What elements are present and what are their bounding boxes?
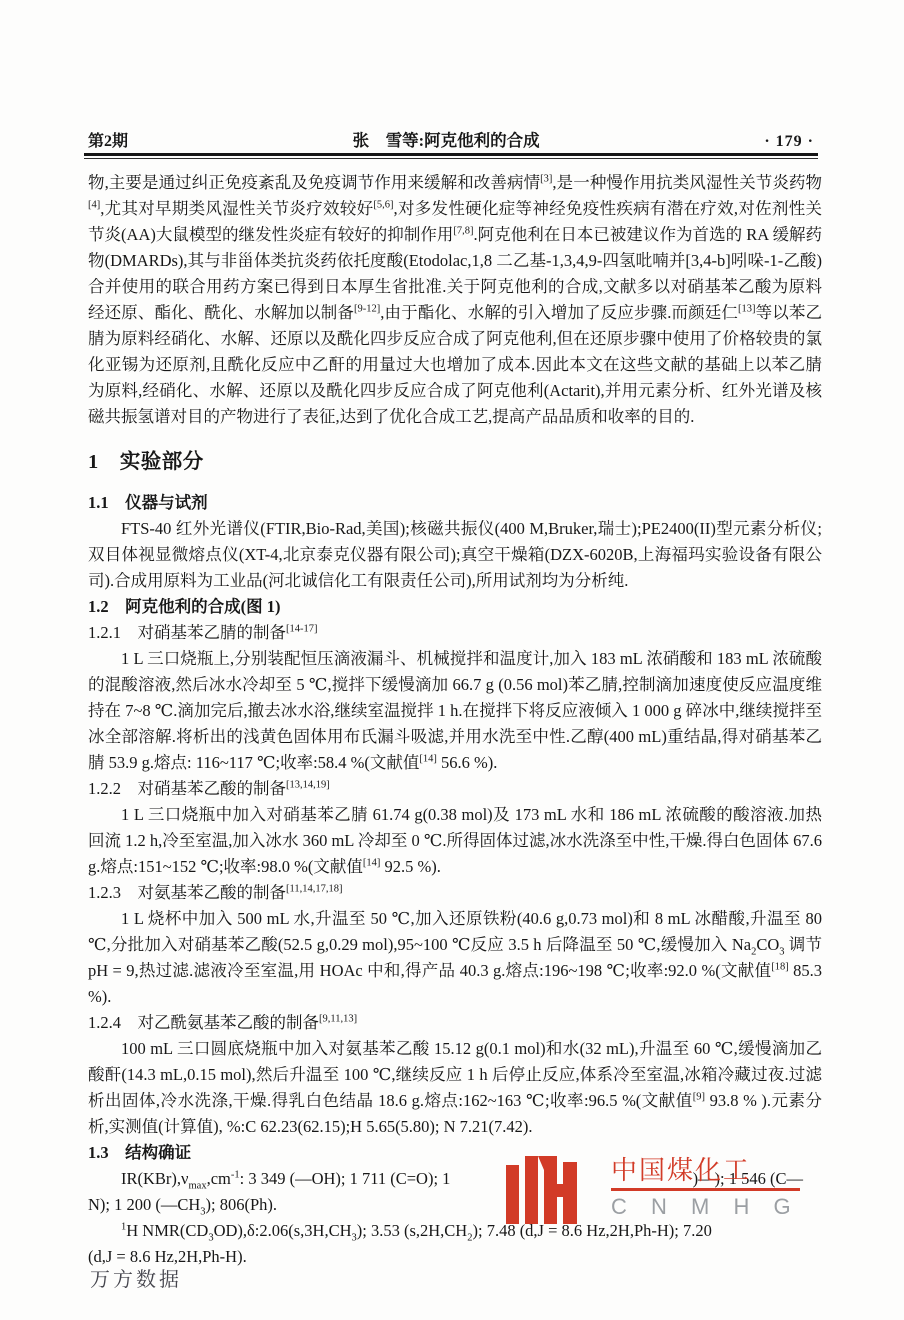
section-1-2-1-paragraph: 1 L 三口烧瓶上,分别装配恒压滴液漏斗、机械搅拌和温度计,加入 183 mL … bbox=[88, 646, 822, 776]
section-1-2-4-paragraph: 100 mL 三口圆底烧瓶中加入对氨基苯乙酸 15.12 g(0.1 mol)和… bbox=[88, 1036, 822, 1140]
section-1-2-heading: 1.2 阿克他利的合成(图 1) bbox=[88, 594, 822, 620]
section-1-heading: 1 实验部分 bbox=[88, 447, 822, 477]
intro-paragraph: 物,主要是通过纠正免疫紊乱及免疫调节作用来缓解和改善病情[3],是一种慢作用抗类… bbox=[88, 170, 822, 430]
section-1-3-heading: 1.3 结构确证 bbox=[88, 1140, 822, 1166]
journal-issue: 第2期 bbox=[88, 128, 128, 151]
section-1-2-1-heading: 1.2.1 对硝基苯乙腈的制备[14-17] bbox=[88, 620, 822, 646]
section-1-1-heading: 1.1 仪器与试剂 bbox=[88, 490, 822, 516]
ir-spectrum-paragraph: IR(KBr),νmax,cm-1: 3 349 (—OH); 1 711 (C… bbox=[88, 1166, 822, 1218]
nmr-spectrum-paragraph: 1H NMR(CD3OD),δ:2.06(s,3H,CH3); 3.53 (s,… bbox=[88, 1218, 822, 1270]
section-1-2-3-paragraph: 1 L 烧杯中加入 500 mL 水,升温至 50 ℃,加入还原铁粉(40.6 … bbox=[88, 906, 822, 1010]
section-1-2-2-paragraph: 1 L 三口烧瓶中加入对硝基苯乙腈 61.74 g(0.38 mol)及 173… bbox=[88, 802, 822, 880]
section-1-2-4-heading: 1.2.4 对乙酰氨基苯乙酸的制备[9,11,13] bbox=[88, 1010, 822, 1036]
page-number: · 179 · bbox=[764, 133, 814, 151]
watermark-gap bbox=[455, 1183, 693, 1184]
section-1-1-paragraph: FTS-40 红外光谱仪(FTIR,Bio-Rad,美国);核磁共振仪(400 … bbox=[88, 516, 822, 594]
page-header: 第2期 张 雪等:阿克他利的合成 · 179 · bbox=[88, 127, 814, 151]
running-title: 张 雪等:阿克他利的合成 bbox=[353, 127, 540, 151]
header-rule bbox=[84, 153, 818, 159]
wanfang-data-watermark: 万方数据 bbox=[90, 1263, 182, 1292]
paper-page: 第2期 张 雪等:阿克他利的合成 · 179 · 物,主要是通过纠正免疫紊乱及免… bbox=[0, 0, 904, 1320]
section-1-2-3-heading: 1.2.3 对氨基苯乙酸的制备[11,14,17,18] bbox=[88, 880, 822, 906]
page-body: 物,主要是通过纠正免疫紊乱及免疫调节作用来缓解和改善病情[3],是一种慢作用抗类… bbox=[88, 170, 822, 1270]
section-1-2-2-heading: 1.2.2 对硝基苯乙酸的制备[13,14,19] bbox=[88, 776, 822, 802]
